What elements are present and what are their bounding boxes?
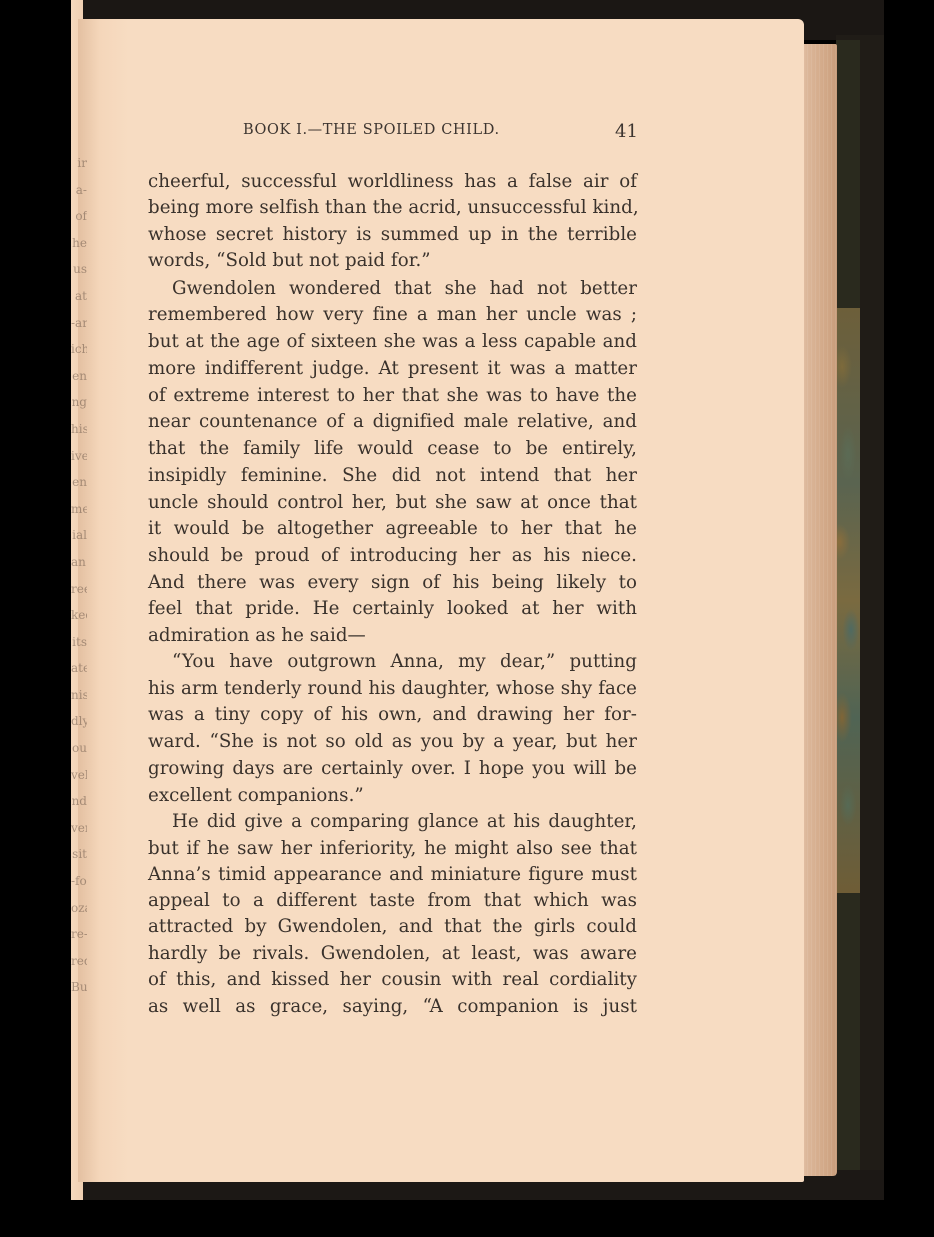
text-line: Anna’s timid appearance and miniature fi… (148, 863, 637, 887)
text-line: cheerful, successful worldliness has a f… (148, 170, 637, 194)
facing-page-fragment: a- (71, 177, 87, 204)
facing-page-fragment: -for (71, 868, 87, 895)
facing-page-fragment: ree (71, 576, 87, 603)
text-line: attracted by Gwendolen, and that the gir… (148, 915, 637, 939)
page-number: 41 (615, 121, 638, 142)
facing-page-fragment: us (71, 256, 87, 283)
text-line: appeal to a different taste from that wh… (148, 889, 637, 913)
text-line: should be proud of introducing her as hi… (148, 544, 637, 568)
text-line: remembered how very fine a man her uncle… (148, 303, 637, 327)
text-line: words, “Sold but not paid for.” (148, 249, 431, 273)
text-line: whose secret history is summed up in the… (148, 223, 637, 247)
text-line: “You have outgrown Anna, my dear,” putti… (172, 650, 637, 674)
running-head: BOOK I.—THE SPOILED CHILD. (243, 122, 500, 138)
facing-page-fragment: -ar (71, 310, 87, 337)
text-line: more indifferent judge. At present it wa… (148, 357, 637, 381)
facing-page-fragment: an. (71, 549, 87, 576)
text-line: feel that pride. He certainly looked at … (148, 597, 637, 621)
facing-page-fragment: he (71, 230, 87, 257)
text-line: his arm tenderly round his daughter, who… (148, 677, 637, 701)
facing-page-fragment: sit (71, 841, 87, 868)
text-line: growing days are certainly over. I hope … (148, 757, 637, 781)
facing-page-fragment: Bu (71, 974, 87, 1001)
text-line: of extreme interest to her that she was … (148, 384, 637, 408)
text-line: ward. “She is not so old as you by a yea… (148, 730, 637, 754)
facing-page-fragment: ate (71, 655, 87, 682)
text-line: He did give a comparing glance at his da… (172, 810, 637, 834)
facing-page-fragment: nd (71, 788, 87, 815)
facing-page-fragment: at (71, 283, 87, 310)
facing-page-fragment: of (71, 203, 87, 230)
text-line: being more selfish than the acrid, unsuc… (148, 196, 637, 220)
facing-page-fragment: ive (71, 443, 87, 470)
facing-page-fragment: ich (71, 336, 87, 363)
facing-page-fragment: ked (71, 602, 87, 629)
text-line: insipidly feminine. She did not intend t… (148, 464, 637, 488)
text-line: near countenance of a dignified male rel… (148, 410, 637, 434)
facing-page-fragment: dly (71, 708, 87, 735)
text-line: And there was every sign of his being li… (148, 571, 637, 595)
facing-page-fragment: re- (71, 921, 87, 948)
facing-page-fragment: ng (71, 389, 87, 416)
facing-page-fragment: ial (71, 522, 87, 549)
facing-page-fragment: vel (71, 762, 87, 789)
facing-page-fragment: ir (71, 150, 87, 177)
text-line: that the family life would cease to be e… (148, 437, 637, 461)
text-line: but at the age of sixteen she was a less… (148, 330, 637, 354)
facing-page-fragment: his (71, 416, 87, 443)
facing-page-fragment: me (71, 496, 87, 523)
facing-page-fragment: ou (71, 735, 87, 762)
facing-page-fragment: en (71, 363, 87, 390)
facing-page-fragment: red (71, 948, 87, 975)
page-fore-edge (799, 44, 837, 1176)
facing-page-fragment: its (71, 629, 87, 656)
text-line: but if he saw her inferiority, he might … (148, 837, 637, 861)
text-line: excellent companions.” (148, 784, 364, 808)
text-line: of this, and kissed her cousin with real… (148, 968, 637, 992)
facing-page-fragment: nis- (71, 682, 87, 709)
text-line: it would be altogether agreeable to her … (148, 517, 637, 541)
text-line: Gwendolen wondered that she had not bett… (172, 277, 637, 301)
text-line: admiration as he said— (148, 624, 366, 648)
running-head-title: BOOK I.—THE SPOILED CHILD. (243, 122, 500, 138)
text-line: was a tiny copy of his own, and drawing … (148, 703, 637, 727)
facing-page-fragment: oza (71, 895, 87, 922)
facing-page-text-bleed: ira-ofheusat-arichennghisiveenmeialan.re… (71, 150, 87, 1001)
text-line: hardly be rivals. Gwendolen, at least, w… (148, 942, 637, 966)
facing-page-fragment: ven (71, 815, 87, 842)
facing-page-fragment: en (71, 469, 87, 496)
text-line: as well as grace, saying, “A companion i… (148, 995, 637, 1019)
text-line: uncle should control her, but she saw at… (148, 491, 637, 515)
